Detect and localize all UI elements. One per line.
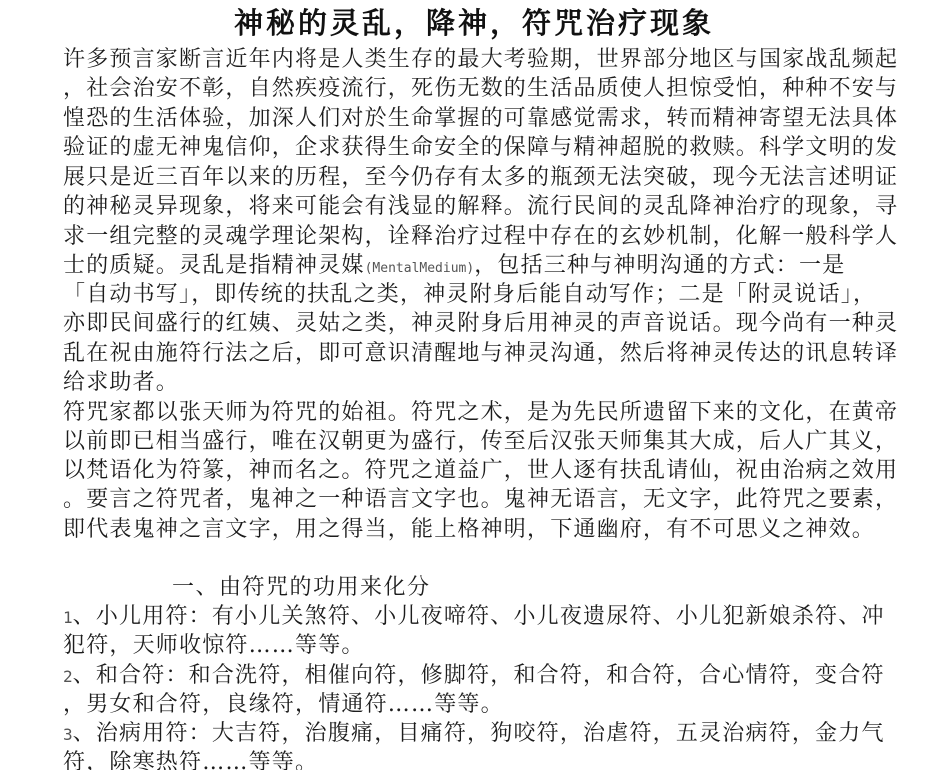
text-line: 乱在祝由施符行法之后，即可意识清醒地与神灵沟通，然后将神灵传达的讯息转译 bbox=[63, 340, 898, 368]
list-item: 2、和合符：和合洗符，相催向符，修脚符，和合符，和合符，合心情符，变合符 bbox=[63, 662, 885, 691]
text-line: 以前即已相当盛行，唯在汉朝更为盛行，传至后汉张天师集其大成，后人广其义， bbox=[63, 428, 898, 456]
section-heading: 一、由符咒的功用来化分 bbox=[172, 574, 431, 602]
list-item-continued: 犯符，天师收惊符……等等。 bbox=[63, 632, 365, 660]
english-term: (MentalMedium) bbox=[365, 261, 475, 276]
text-line: 展只是近三百年以来的历程，至今仍存有太多的瓶颈无法突破，现今无法言述明证 bbox=[63, 164, 898, 192]
text-line: 给求助者。 bbox=[63, 369, 179, 397]
list-item: 3、治病用符：大吉符，治腹痛，目痛符，狗咬符，治虐符，五灵治病符，金力气 bbox=[63, 720, 885, 749]
text-line: 的神秘灵异现象，将来可能会有浅显的解释。流行民间的灵乱降神治疗的现象，寻 bbox=[63, 193, 898, 221]
text-line: 惶恐的生活体验，加深人们对於生命掌握的可靠感觉需求，转而精神寄望无法具体 bbox=[63, 105, 898, 133]
text-line: 许多预言家断言近年内将是人类生存的最大考验期，世界部分地区与国家战乱频起 bbox=[63, 46, 898, 74]
list-number: 3 bbox=[63, 725, 73, 744]
list-text: 、治病用符：大吉符，治腹痛，目痛符，狗咬符，治虐符，五灵治病符，金力气 bbox=[73, 721, 885, 746]
text-line: 。要言之符咒者，鬼神之一种语言文字也。鬼神无语言，无文字，此符咒之要素， bbox=[63, 486, 898, 514]
list-number: 1 bbox=[63, 608, 73, 627]
text-segment: ，包括三种与神明沟通的方式：一是 bbox=[474, 253, 845, 278]
text-line: 验证的虚无神鬼信仰，企求获得生命安全的保障与精神超脱的救赎。科学文明的发 bbox=[63, 134, 898, 162]
page-title: 神秘的灵乱，降神，符咒治疗现象 bbox=[0, 4, 948, 42]
list-number: 2 bbox=[63, 667, 73, 686]
list-item-continued: ，男女和合符，良缘符，情通符……等等。 bbox=[63, 691, 504, 719]
list-text: 、和合符：和合洗符，相催向符，修脚符，和合符，和合符，合心情符，变合符 bbox=[73, 663, 885, 688]
text-line: 亦即民间盛行的红姨、灵姑之类，神灵附身后用神灵的声音说话。现今尚有一种灵 bbox=[63, 310, 898, 338]
list-item-continued: 符，除寒热符……等等。 bbox=[63, 749, 318, 770]
list-item: 1、小儿用符：有小儿关煞符、小儿夜啼符、小儿夜遗尿符、小儿犯新娘杀符、冲 bbox=[63, 603, 885, 632]
text-line: 求一组完整的灵魂学理论架构，诠释治疗过程中存在的玄妙机制，化解一般科学人 bbox=[63, 223, 898, 251]
text-line: 即代表鬼神之言文字，用之得当，能上格神明，下通幽府，有不可思义之神效。 bbox=[63, 516, 875, 544]
text-segment: 士的质疑。灵乱是指精神灵媒 bbox=[63, 253, 365, 278]
text-line: 士的质疑。灵乱是指精神灵媒(MentalMedium)，包括三种与神明沟通的方式… bbox=[63, 252, 845, 283]
text-line: 符咒家都以张天师为符咒的始祖。符咒之术，是为先民所遗留下来的文化，在黄帝 bbox=[63, 399, 898, 427]
text-line: ，社会治安不彰，自然疾疫流行，死伤无数的生活品质使人担惊受怕，种种不安与 bbox=[63, 75, 898, 103]
text-line: 以梵语化为符篆，神而名之。符咒之道益广，世人逐有扶乱请仙，祝由治病之效用 bbox=[63, 457, 898, 485]
list-text: 、小儿用符：有小儿关煞符、小儿夜啼符、小儿夜遗尿符、小儿犯新娘杀符、冲 bbox=[73, 604, 885, 629]
text-line: 「自动书写」，即传统的扶乱之类，神灵附身后能自动写作；二是「附灵说话」， bbox=[63, 281, 876, 309]
